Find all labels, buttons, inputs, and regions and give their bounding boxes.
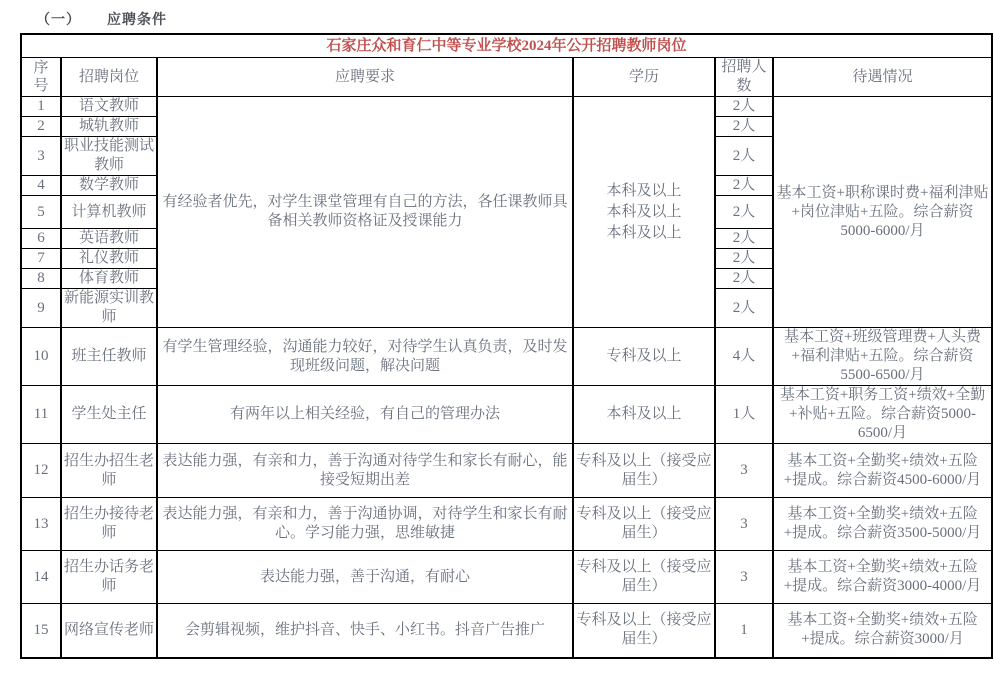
cell-compensation: 基本工资+全勤奖+绩效+五险+提成。综合薪资3000-4000/月: [773, 551, 992, 604]
cell-requirements: 有学生管理经验，沟通能力较好，对待学生认真负责，及时发现班级问题，解决问题: [157, 328, 573, 386]
cell-serial: 15: [21, 604, 61, 658]
table-row: 11 学生处主任 有两年以上相关经验，有自己的管理办法 本科及以上 1人 基本工…: [21, 386, 992, 444]
cell-compensation: 基本工资+全勤奖+绩效+五险+提成。综合薪资3000/月: [773, 604, 992, 658]
cell-headcount: 2人: [715, 269, 773, 289]
education-line: 本科及以上: [576, 181, 712, 202]
cell-serial: 14: [21, 551, 61, 604]
cell-serial: 13: [21, 498, 61, 551]
table-row: 10 班主任教师 有学生管理经验，沟通能力较好，对待学生认真负责，及时发现班级问…: [21, 328, 992, 386]
section-heading-number: （一）: [36, 13, 81, 28]
cell-compensation: 基本工资+职务工资+绩效+全勤+补贴+五险。综合薪资5000-6500/月: [773, 386, 992, 444]
cell-headcount: 2人: [715, 97, 773, 117]
cell-compensation: 基本工资+全勤奖+绩效+五险+提成。综合薪资4500-6000/月: [773, 444, 992, 498]
cell-headcount: 2人: [715, 289, 773, 328]
cell-position: 城轨教师: [61, 117, 157, 137]
col-header-headcount: 招聘人数: [715, 58, 773, 97]
cell-headcount: 3: [715, 551, 773, 604]
education-line: 本科及以上: [576, 202, 712, 223]
cell-headcount: 4人: [715, 328, 773, 386]
cell-education-merged: 本科及以上 本科及以上 本科及以上: [573, 97, 715, 328]
cell-education: 本科及以上: [573, 386, 715, 444]
cell-headcount: 2人: [715, 249, 773, 269]
cell-requirements-merged: 有经验者优先，对学生课堂管理有自己的方法，各任课教师具备相关教师资格证及授课能力: [157, 97, 573, 328]
cell-position: 招生办话务老师: [61, 551, 157, 604]
cell-requirements: 会剪辑视频，维护抖音、快手、小红书。抖音广告推广: [157, 604, 573, 658]
section-heading: （一）应聘条件: [36, 9, 167, 29]
clipped-text-fragment: ……: [67, 0, 157, 3]
section-heading-text: 应聘条件: [107, 13, 167, 28]
cell-position: 招生办接待老师: [61, 498, 157, 551]
table-row: 12 招生办招生老师 表达能力强，有亲和力，善于沟通对待学生和家长有耐心，能接受…: [21, 444, 992, 498]
col-header-requirements: 应聘要求: [157, 58, 573, 97]
education-line: 本科及以上: [576, 223, 712, 244]
cell-headcount: 2人: [715, 117, 773, 137]
cell-serial: 11: [21, 386, 61, 444]
cell-education: 专科及以上: [573, 328, 715, 386]
document-page: …… （一）应聘条件 石家庄众和育仁中等专业学校2024年公开招聘教师岗位 序号…: [0, 0, 994, 674]
cell-serial: 10: [21, 328, 61, 386]
cell-serial: 8: [21, 269, 61, 289]
cell-requirements: 表达能力强，有亲和力，善于沟通对待学生和家长有耐心，能接受短期出差: [157, 444, 573, 498]
cell-position: 网络宣传老师: [61, 604, 157, 658]
cell-headcount: 1人: [715, 386, 773, 444]
cell-serial: 9: [21, 289, 61, 328]
table-row: 13 招生办接待老师 表达能力强，有亲和力，善于沟通协调，对待学生和家长有耐心。…: [21, 498, 992, 551]
cell-position: 招生办招生老师: [61, 444, 157, 498]
cell-headcount: 1: [715, 604, 773, 658]
cell-position: 语文教师: [61, 97, 157, 117]
cell-requirements: 表达能力强，善于沟通，有耐心: [157, 551, 573, 604]
table-title: 石家庄众和育仁中等专业学校2024年公开招聘教师岗位: [21, 34, 992, 58]
cell-serial: 3: [21, 137, 61, 176]
cell-serial: 5: [21, 196, 61, 229]
table-title-row: 石家庄众和育仁中等专业学校2024年公开招聘教师岗位: [21, 34, 992, 58]
cell-position: 体育教师: [61, 269, 157, 289]
cell-serial: 1: [21, 97, 61, 117]
col-header-position: 招聘岗位: [61, 58, 157, 97]
cell-headcount: 2人: [715, 137, 773, 176]
cell-education: 专科及以上（接受应届生）: [573, 498, 715, 551]
cell-position: 英语教师: [61, 229, 157, 249]
cell-headcount: 3: [715, 498, 773, 551]
cell-education: 专科及以上（接受应届生）: [573, 551, 715, 604]
cell-serial: 7: [21, 249, 61, 269]
cell-headcount: 2人: [715, 229, 773, 249]
cell-serial: 2: [21, 117, 61, 137]
cell-position: 班主任教师: [61, 328, 157, 386]
table-row: 14 招生办话务老师 表达能力强，善于沟通，有耐心 专科及以上（接受应届生） 3…: [21, 551, 992, 604]
cell-headcount: 2人: [715, 176, 773, 196]
cell-serial: 4: [21, 176, 61, 196]
cell-compensation-merged: 基本工资+职称课时费+福利津贴+岗位津贴+五险。综合薪资5000-6000/月: [773, 97, 992, 328]
cell-position: 数学教师: [61, 176, 157, 196]
cell-headcount: 3: [715, 444, 773, 498]
cell-position: 新能源实训教师: [61, 289, 157, 328]
col-header-education: 学历: [573, 58, 715, 97]
cell-serial: 12: [21, 444, 61, 498]
cell-requirements: 表达能力强，有亲和力，善于沟通协调，对待学生和家长有耐心。学习能力强，思维敏捷: [157, 498, 573, 551]
table-row: 15 网络宣传老师 会剪辑视频，维护抖音、快手、小红书。抖音广告推广 专科及以上…: [21, 604, 992, 658]
cell-position: 礼仪教师: [61, 249, 157, 269]
cell-education: 专科及以上（接受应届生）: [573, 444, 715, 498]
col-header-serial: 序号: [21, 58, 61, 97]
cell-headcount: 2人: [715, 196, 773, 229]
cell-education: 专科及以上（接受应届生）: [573, 604, 715, 658]
cell-compensation: 基本工资+全勤奖+绩效+五险+提成。综合薪资3500-5000/月: [773, 498, 992, 551]
cell-position: 计算机教师: [61, 196, 157, 229]
cell-compensation: 基本工资+班级管理费+人头费+福利津贴+五险。综合薪资5500-6500/月: [773, 328, 992, 386]
recruitment-table: 石家庄众和育仁中等专业学校2024年公开招聘教师岗位 序号 招聘岗位 应聘要求 …: [20, 33, 993, 659]
cell-requirements: 有两年以上相关经验，有自己的管理办法: [157, 386, 573, 444]
cell-serial: 6: [21, 229, 61, 249]
table-row: 1 语文教师 有经验者优先，对学生课堂管理有自己的方法，各任课教师具备相关教师资…: [21, 97, 992, 117]
col-header-compensation: 待遇情况: [773, 58, 992, 97]
cell-position: 职业技能测试教师: [61, 137, 157, 176]
cell-position: 学生处主任: [61, 386, 157, 444]
table-header-row: 序号 招聘岗位 应聘要求 学历 招聘人数 待遇情况: [21, 58, 992, 97]
